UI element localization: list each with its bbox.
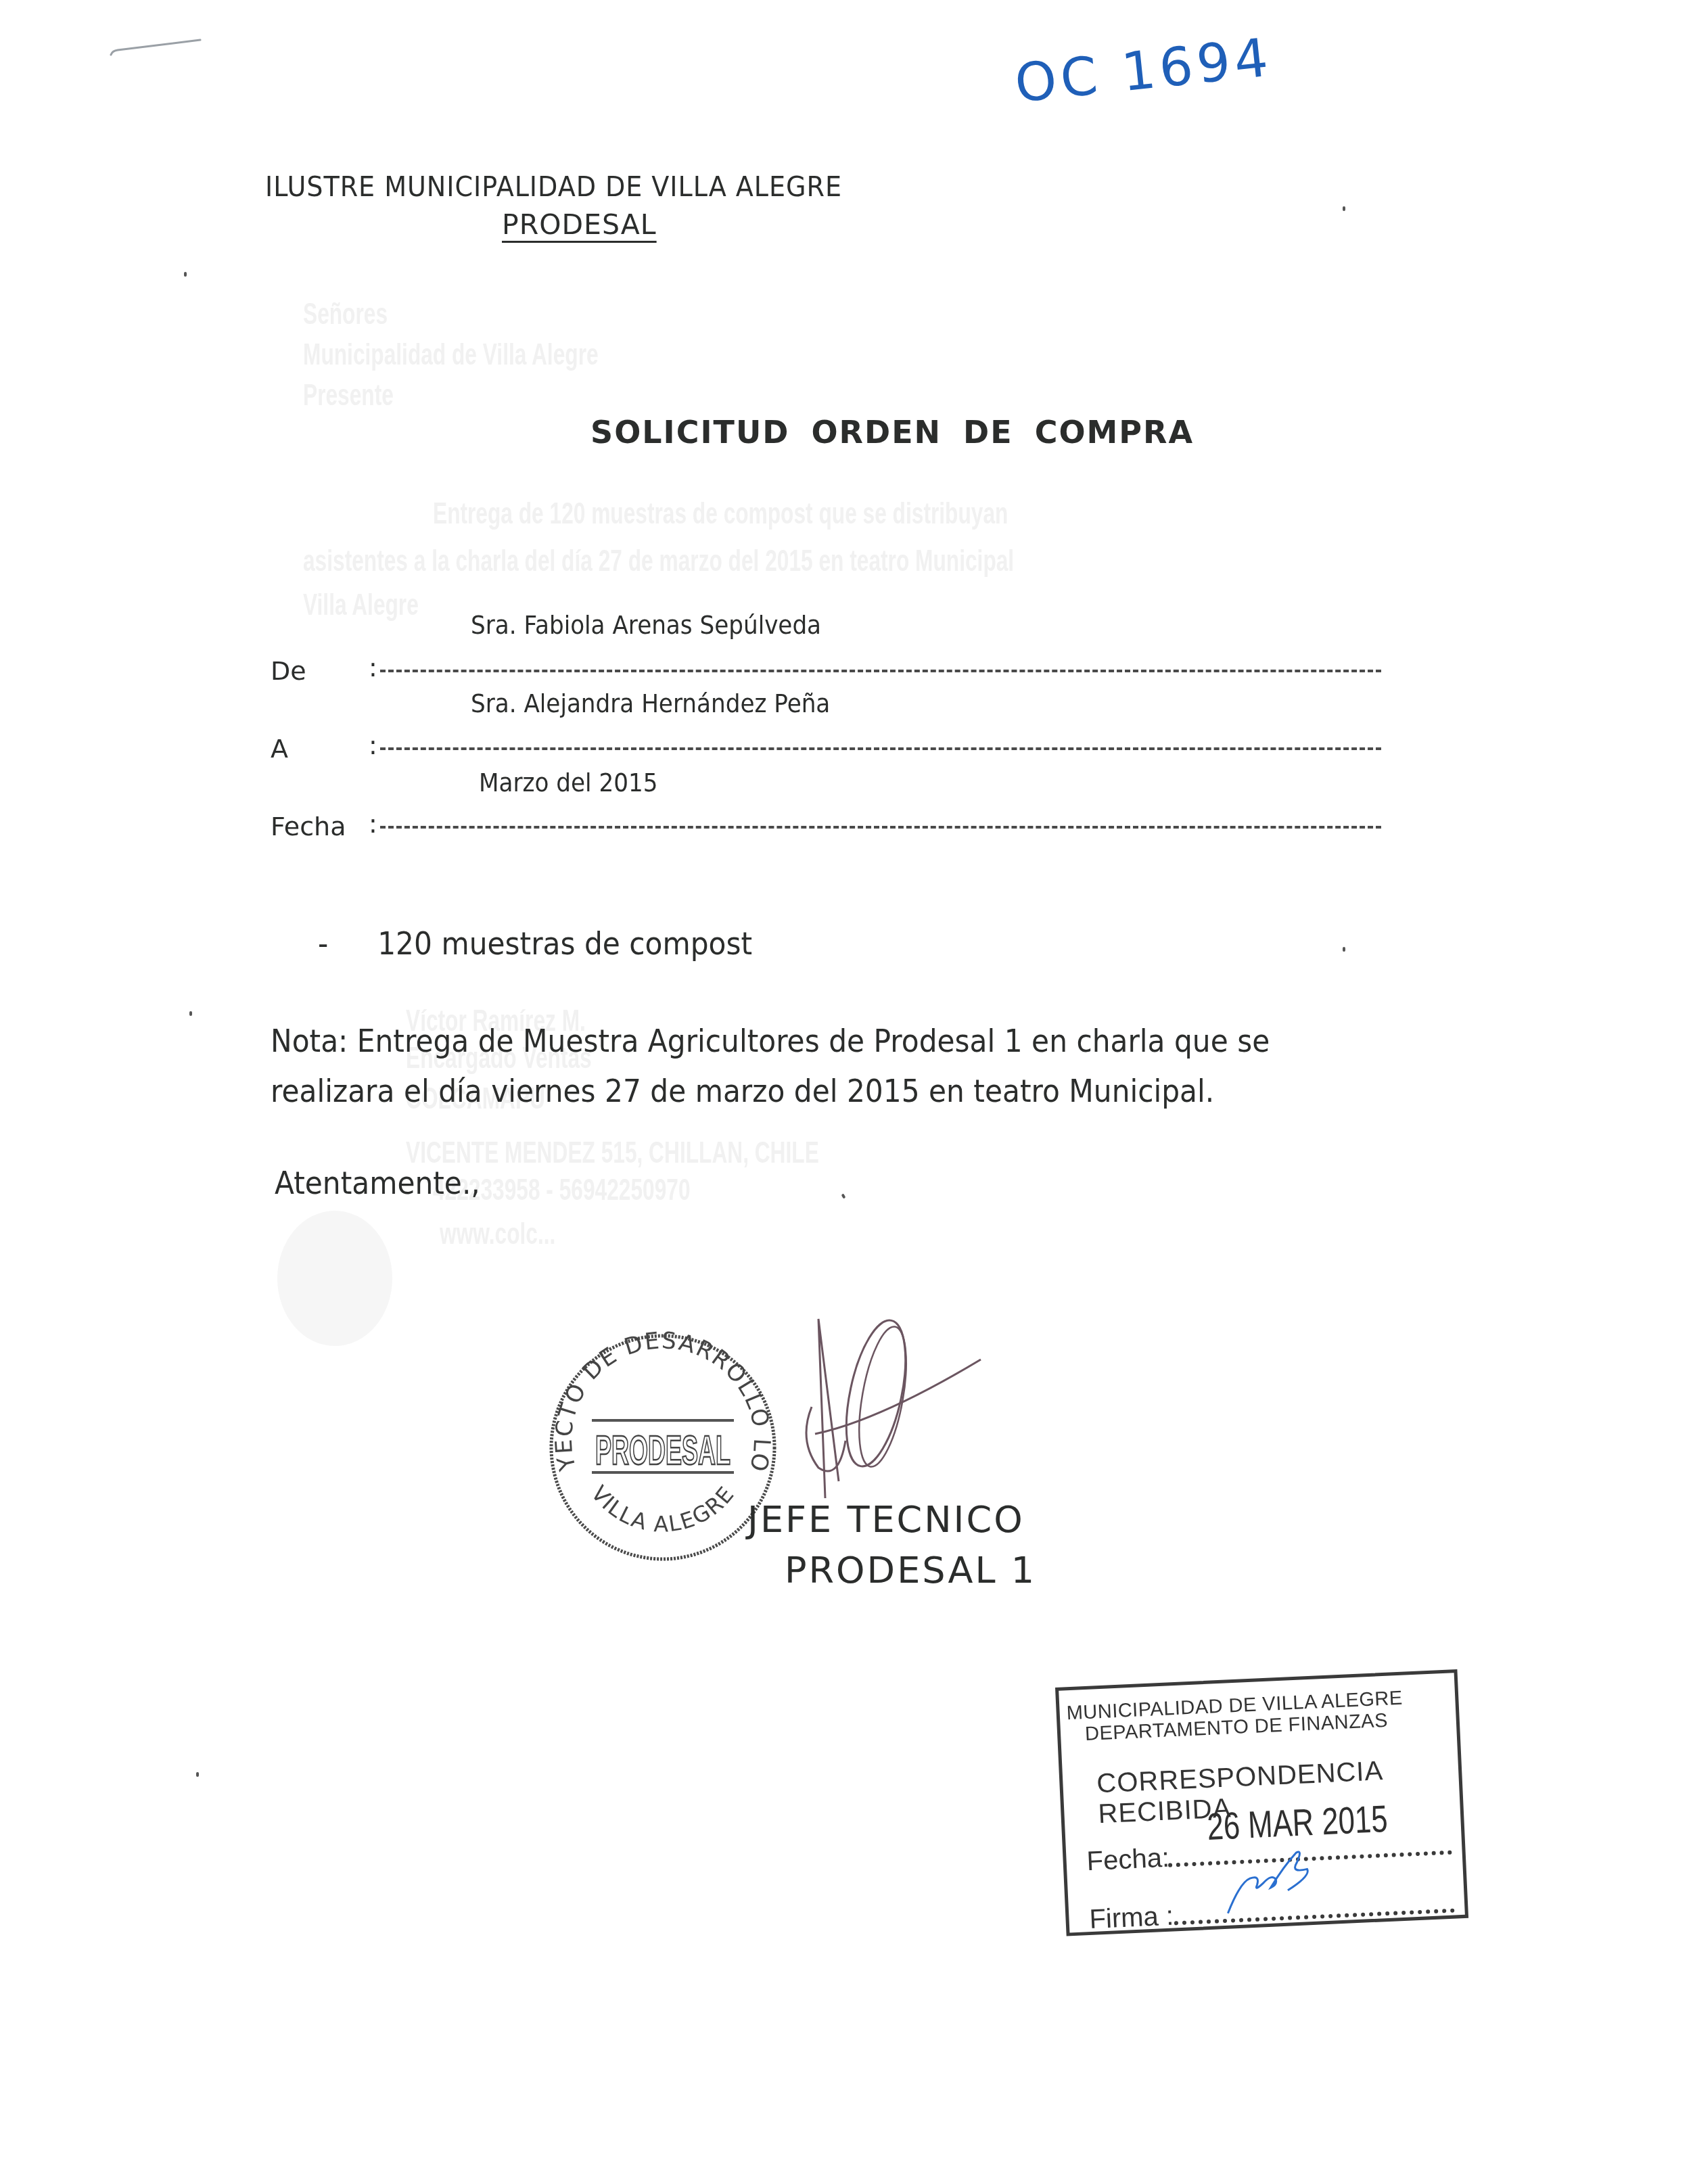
signer-unit: PRODESAL 1 bbox=[785, 1549, 1036, 1591]
list-bullet: - bbox=[318, 925, 328, 962]
scan-speck bbox=[1343, 947, 1345, 952]
scan-speck bbox=[189, 1011, 192, 1016]
field-date-label: Fecha bbox=[271, 812, 346, 841]
stamp-initials-signature bbox=[1222, 1838, 1320, 1917]
pen-mark bbox=[108, 37, 203, 57]
list-item: - 120 muestras de compost bbox=[318, 925, 752, 962]
letterhead-institution: ILUSTRE MUNICIPALIDAD DE VILLA ALEGRE bbox=[265, 170, 842, 203]
field-from-rule bbox=[380, 670, 1381, 672]
signer-title: JEFE TECNICO bbox=[747, 1498, 1025, 1541]
stamp-signature-label: Firma : bbox=[1089, 1901, 1174, 1935]
note-line: realizara el día viernes 27 de marzo del… bbox=[271, 1066, 1422, 1116]
field-colon: : bbox=[369, 809, 377, 839]
scan-speck bbox=[1343, 206, 1345, 211]
field-date-value: Marzo del 2015 bbox=[479, 768, 657, 797]
bleed-through-text: asistentes a la charla del día 27 de mar… bbox=[303, 544, 1014, 578]
field-to-label: A bbox=[271, 734, 288, 764]
field-colon: : bbox=[369, 730, 377, 760]
field-date-rule bbox=[380, 826, 1381, 829]
letterhead-program: PRODESAL bbox=[502, 208, 657, 241]
stamp-date-label: Fecha: bbox=[1086, 1843, 1170, 1878]
scan-speck bbox=[196, 1772, 199, 1777]
field-colon: : bbox=[369, 653, 377, 682]
closing: Atentamente., bbox=[275, 1165, 480, 1201]
bleed-through-text: Villa Alegre bbox=[303, 588, 419, 622]
field-from-label: De bbox=[271, 656, 306, 686]
bleed-through-text: Señores bbox=[303, 298, 388, 331]
bleed-through-text: www.colc... bbox=[440, 1217, 555, 1251]
bleed-through-text: Municipalidad de Villa Alegre bbox=[303, 338, 599, 372]
svg-text:PRODESAL: PRODESAL bbox=[595, 1427, 730, 1474]
bleed-through-text: Entrega de 120 muestras de compost que s… bbox=[433, 497, 1008, 531]
field-to-value: Sra. Alejandra Hernández Peña bbox=[471, 689, 830, 718]
prodesal-seal: PROYECTO DE DESARROLLO LOCAL VILLA ALEGR… bbox=[544, 1329, 781, 1566]
bleed-through-logo bbox=[277, 1211, 392, 1346]
field-from-value: Sra. Fabiola Arenas Sepúlveda bbox=[471, 610, 821, 640]
received-stamp: MUNICIPALIDAD DE VILLA ALEGRE DEPARTAMEN… bbox=[1055, 1669, 1468, 1936]
note-line: Nota: Entrega de Muestra Agricultores de… bbox=[271, 1016, 1422, 1066]
list-item-text: 120 muestras de compost bbox=[377, 925, 752, 962]
field-to-rule bbox=[380, 747, 1381, 750]
scan-speck bbox=[841, 1193, 846, 1199]
signature bbox=[798, 1305, 1021, 1508]
scan-speck bbox=[184, 272, 187, 277]
svg-text:VILLA ALEGRE: VILLA ALEGRE bbox=[586, 1481, 739, 1537]
bleed-through-text: Presente bbox=[303, 379, 394, 413]
page-title: SOLICITUD ORDEN DE COMPRA bbox=[590, 414, 1194, 450]
note-paragraph: Nota: Entrega de Muestra Agricultores de… bbox=[271, 1016, 1422, 1116]
handwritten-order-number: OC 1694 bbox=[1012, 27, 1274, 114]
